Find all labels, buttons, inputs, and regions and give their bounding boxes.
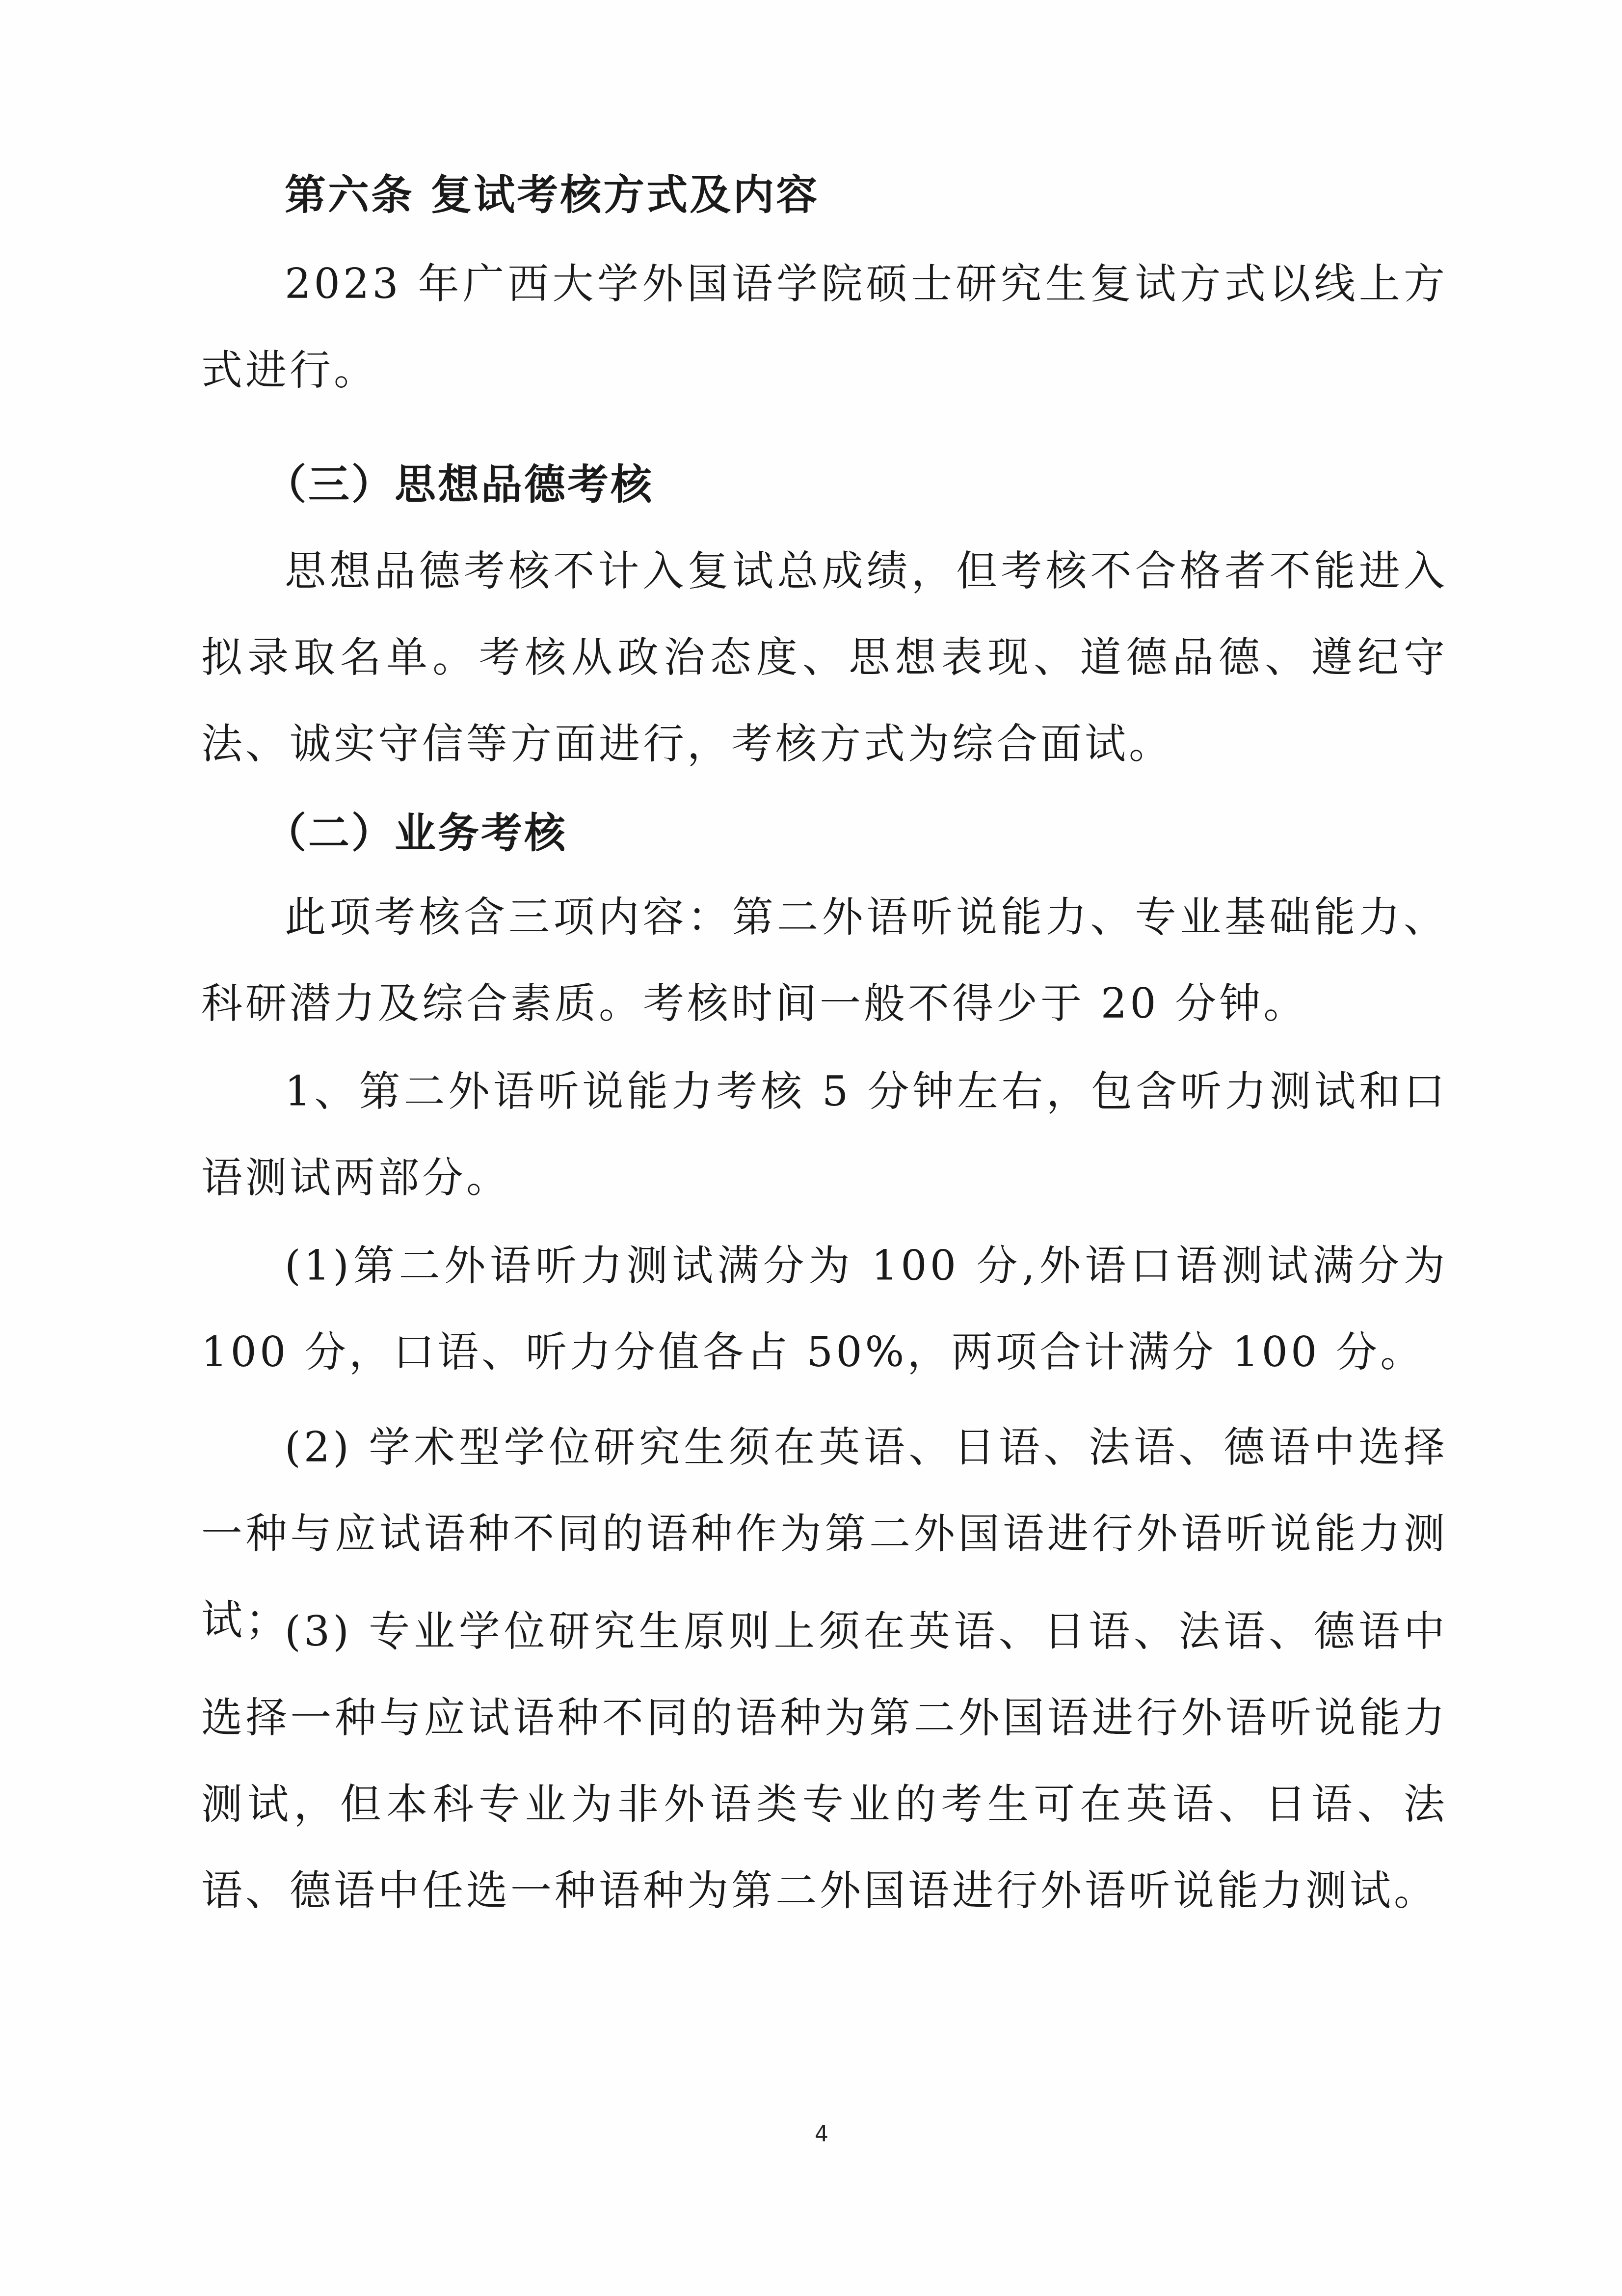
professional-assessment-intro: 此项考核含三项内容：第二外语听说能力、专业基础能力、科研潜力及综合素质。考核时间… bbox=[201, 874, 1448, 1047]
second-language-subitem-3: (3) 专业学位研究生原则上须在英语、日语、法语、德语中选择一种与应试语种不同的… bbox=[201, 1588, 1448, 1934]
second-language-subitem-1: (1)第二外语听力测试满分为 100 分,外语口语测试满分为 100 分，口语、… bbox=[201, 1222, 1448, 1395]
intro-paragraph: 2023 年广西大学外国语学院硕士研究生复试方式以线上方式进行。 bbox=[201, 241, 1448, 413]
page-number: 4 bbox=[815, 2122, 828, 2147]
document-page: 第六条 复试考核方式及内容 2023 年广西大学外国语学院硕士研究生复试方式以线… bbox=[0, 0, 1622, 2296]
section-heading-moral-assessment: （三）思想品德考核 bbox=[265, 452, 654, 511]
article-heading: 第六条 复试考核方式及内容 bbox=[285, 162, 819, 221]
section-heading-professional-assessment: （二）业务考核 bbox=[265, 800, 567, 860]
moral-assessment-paragraph: 思想品德考核不计入复试总成绩，但考核不合格者不能进入拟录取名单。考核从政治态度、… bbox=[201, 528, 1448, 787]
second-language-item-1: 1、第二外语听说能力考核 5 分钟左右，包含听力测试和口语测试两部分。 bbox=[201, 1048, 1448, 1221]
